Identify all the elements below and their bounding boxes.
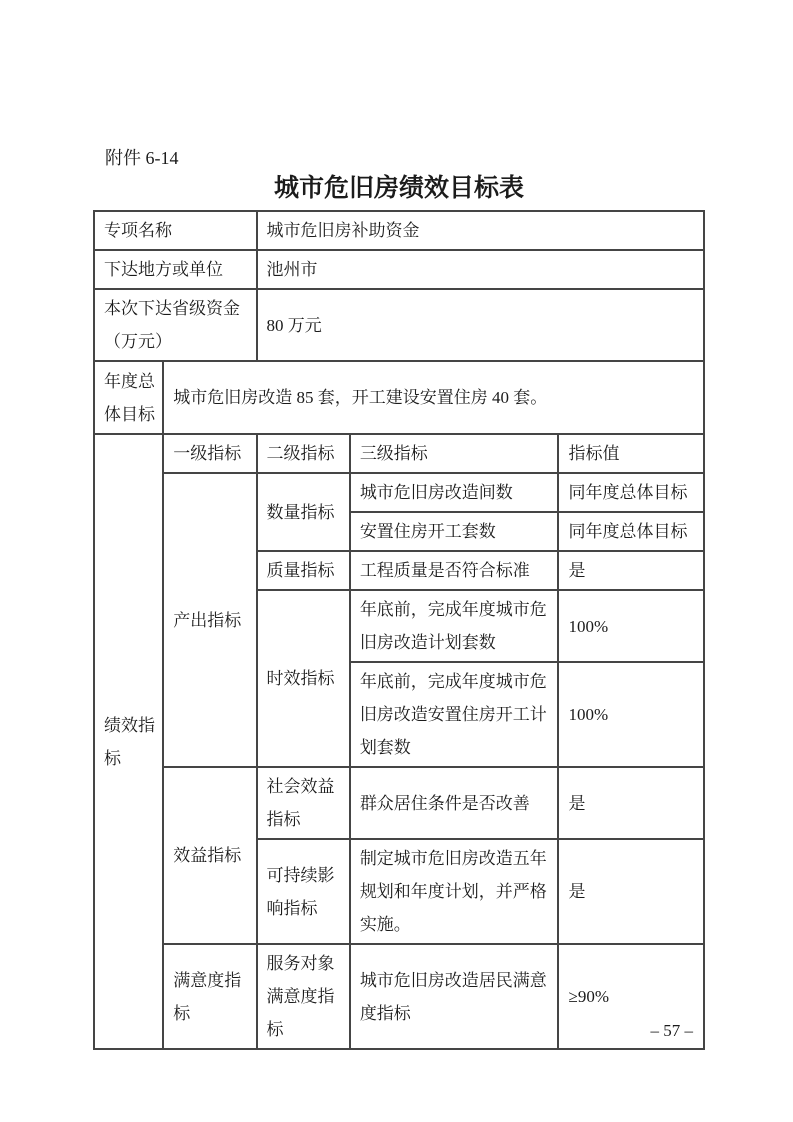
- level2-quantity-indicator: 数量指标: [257, 473, 350, 551]
- column-header-level3: 三级指标: [350, 434, 559, 473]
- indicator-value: 是: [558, 551, 704, 590]
- issued-to-value: 池州市: [257, 250, 704, 289]
- provincial-funds-value: 80 万元: [257, 289, 704, 361]
- level3-indicator: 年底前，完成年度城市危旧房改造安置住房开工计划套数: [350, 662, 559, 767]
- level3-indicator: 制定城市危旧房改造五年规划和年度计划，并严格实施。: [350, 839, 559, 944]
- level2-timeliness-indicator: 时效指标: [257, 590, 350, 767]
- level1-satisfaction-indicator: 满意度指标: [163, 944, 256, 1049]
- performance-target-table: 专项名称 城市危旧房补助资金 下达地方或单位 池州市 本次下达省级资金（万元） …: [93, 210, 705, 1050]
- indicator-value: 同年度总体目标: [558, 512, 704, 551]
- table-row: 效益指标 社会效益指标 群众居住条件是否改善 是: [94, 767, 704, 839]
- table-row: 产出指标 数量指标 城市危旧房改造间数 同年度总体目标: [94, 473, 704, 512]
- level2-service-satisfaction-indicator: 服务对象满意度指标: [257, 944, 350, 1049]
- column-header-level1: 一级指标: [163, 434, 256, 473]
- table-row: 本次下达省级资金（万元） 80 万元: [94, 289, 704, 361]
- level3-indicator: 群众居住条件是否改善: [350, 767, 559, 839]
- level3-indicator: 年底前，完成年度城市危旧房改造计划套数: [350, 590, 559, 662]
- indicator-value: 是: [558, 839, 704, 944]
- level3-indicator: 安置住房开工套数: [350, 512, 559, 551]
- column-header-value: 指标值: [558, 434, 704, 473]
- table-row: 年度总体目标 城市危旧房改造 85 套，开工建设安置住房 40 套。: [94, 361, 704, 434]
- attachment-label: 附件 6-14: [105, 146, 179, 170]
- indicator-value: 100%: [558, 590, 704, 662]
- level2-sustainability-indicator: 可持续影响指标: [257, 839, 350, 944]
- side-header-performance-indicators: 绩效指标: [94, 434, 163, 1049]
- document-page: 附件 6-14 城市危旧房绩效目标表 专项名称 城市危旧房补助资金 下达地方或单…: [0, 0, 793, 1122]
- indicator-value: 100%: [558, 662, 704, 767]
- page-number: – 57 –: [651, 1019, 694, 1043]
- table-row: 满意度指标 服务对象满意度指标 城市危旧房改造居民满意度指标 ≥90%: [94, 944, 704, 1049]
- table-row: 下达地方或单位 池州市: [94, 250, 704, 289]
- level1-output-indicator: 产出指标: [163, 473, 256, 767]
- provincial-funds-label: 本次下达省级资金（万元）: [94, 289, 257, 361]
- issued-to-label: 下达地方或单位: [94, 250, 257, 289]
- table-row: 绩效指标 一级指标 二级指标 三级指标 指标值: [94, 434, 704, 473]
- column-header-level2: 二级指标: [257, 434, 350, 473]
- level2-social-benefit-indicator: 社会效益指标: [257, 767, 350, 839]
- level2-quality-indicator: 质量指标: [257, 551, 350, 590]
- level3-indicator: 工程质量是否符合标准: [350, 551, 559, 590]
- annual-goal-value: 城市危旧房改造 85 套，开工建设安置住房 40 套。: [163, 361, 704, 434]
- level3-indicator: 城市危旧房改造间数: [350, 473, 559, 512]
- table-row: 专项名称 城市危旧房补助资金: [94, 211, 704, 250]
- project-name-label: 专项名称: [94, 211, 257, 250]
- indicator-value: 是: [558, 767, 704, 839]
- page-title: 城市危旧房绩效目标表: [93, 172, 705, 206]
- level1-benefit-indicator: 效益指标: [163, 767, 256, 944]
- project-name-value: 城市危旧房补助资金: [257, 211, 704, 250]
- annual-goal-label: 年度总体目标: [94, 361, 163, 434]
- indicator-value: 同年度总体目标: [558, 473, 704, 512]
- level3-indicator: 城市危旧房改造居民满意度指标: [350, 944, 559, 1049]
